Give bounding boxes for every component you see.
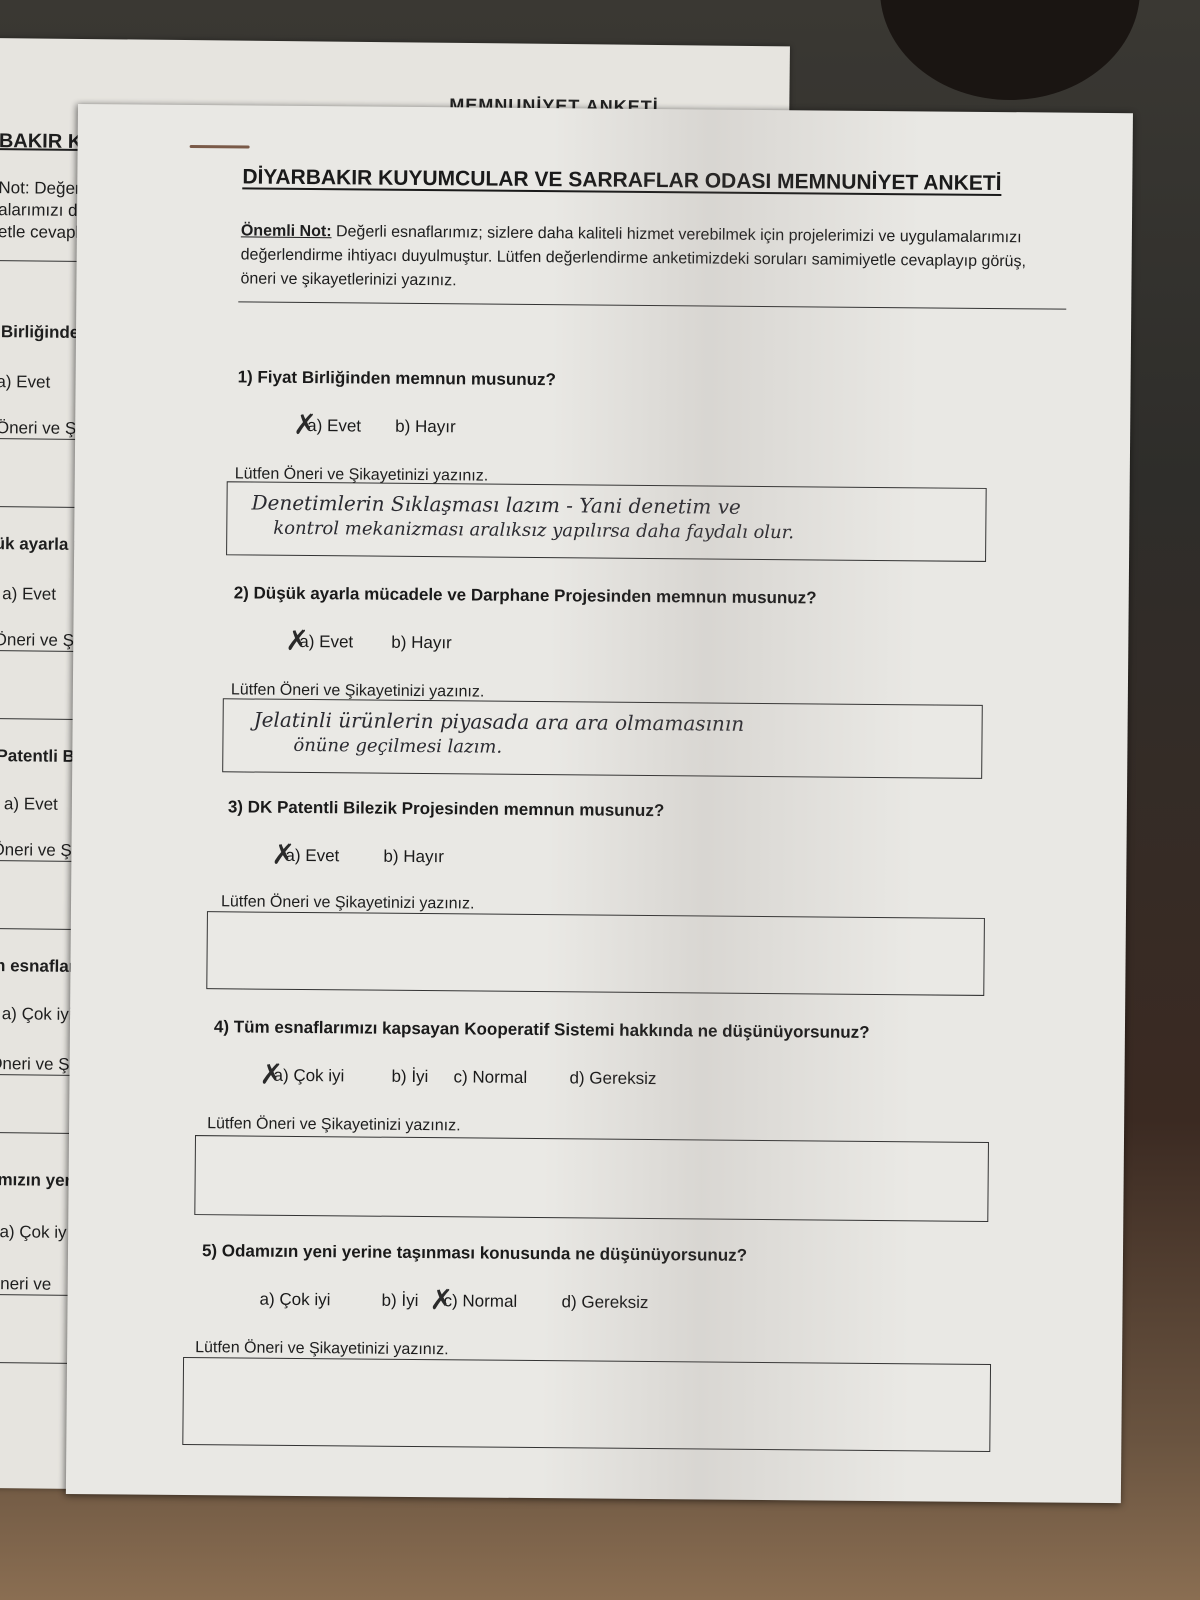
q4-option-d[interactable]: d) Gereksiz xyxy=(569,1068,656,1089)
question-4: 4) Tüm esnaflarımızı kapsayan Kooperatif… xyxy=(214,1017,870,1043)
q1-option-b[interactable]: b) Hayır xyxy=(395,417,456,438)
q5-option-d[interactable]: d) Gereksiz xyxy=(561,1292,648,1313)
back-fragment: a) Evet xyxy=(2,584,56,605)
q3-option-a-checked[interactable]: a) Evet xyxy=(285,846,339,866)
back-fragment: amızın yer xyxy=(0,1170,71,1191)
q5-answer-box[interactable] xyxy=(182,1357,991,1452)
back-fragment: Öneri ve xyxy=(0,1274,51,1295)
q4-prompt: Lütfen Öneri ve Şikayetinizi yazınız. xyxy=(207,1115,461,1135)
q4-option-c[interactable]: c) Normal xyxy=(453,1067,527,1088)
q2-answer-line: Jelatinli ürünlerin piyasada ara ara olm… xyxy=(254,708,745,736)
question-2: 2) Düşük ayarla mücadele ve Darphane Pro… xyxy=(234,583,817,608)
q1-option-a-checked[interactable]: a) Evet xyxy=(307,416,361,436)
q2-answer-box[interactable]: Jelatinli ürünlerin piyasada ara ara olm… xyxy=(222,698,983,779)
q4-option-a-checked[interactable]: a) Çok iyi xyxy=(273,1066,344,1087)
back-fragment: a) Çok iy xyxy=(0,1222,67,1243)
q3-prompt: Lütfen Öneri ve Şikayetinizi yazınız. xyxy=(221,893,475,913)
divider xyxy=(238,301,1066,309)
q2-option-a-checked[interactable]: a) Evet xyxy=(299,632,353,652)
q2-option-b[interactable]: b) Hayır xyxy=(391,633,452,654)
survey-title: DİYARBAKIR KUYUMCULAR VE SARRAFLAR ODASI… xyxy=(242,165,1001,196)
note-label: Önemli Not: xyxy=(241,222,332,240)
q1-answer-line: kontrol mekanizması aralıksız yapılırsa … xyxy=(273,517,794,546)
q1-answer-line: Denetimlerin Sıklaşması lazım - Yani den… xyxy=(251,491,740,519)
important-note: Önemli Not: Değerli esnaflarımız; sizler… xyxy=(240,219,1041,298)
back-fragment: a) Çok iyi xyxy=(2,1004,73,1025)
q3-option-b[interactable]: b) Hayır xyxy=(383,847,444,868)
back-fragment: a) Evet xyxy=(0,372,50,393)
q5-option-a[interactable]: a) Çok iyi xyxy=(259,1290,330,1311)
q1-answer-box[interactable]: Denetimlerin Sıklaşması lazım - Yani den… xyxy=(226,481,987,562)
q5-option-b[interactable]: b) İyi xyxy=(381,1291,418,1311)
q5-option-c-checked[interactable]: c) Normal xyxy=(443,1291,517,1312)
q4-answer-box[interactable] xyxy=(194,1135,989,1222)
back-fragment: a) Evet xyxy=(4,794,58,815)
question-5: 5) Odamızın yeni yerine taşınması konusu… xyxy=(202,1241,747,1266)
question-3: 3) DK Patentli Bilezik Projesinden memnu… xyxy=(228,797,665,821)
q5-prompt: Lütfen Öneri ve Şikayetinizi yazınız. xyxy=(195,1339,449,1359)
stain-mark xyxy=(190,145,250,149)
background-object xyxy=(880,0,1140,100)
survey-form-sheet: DİYARBAKIR KUYUMCULAR VE SARRAFLAR ODASI… xyxy=(66,104,1133,1503)
note-text: Değerli esnaflarımız; sizlere daha kalit… xyxy=(240,223,1026,289)
question-1: 1) Fiyat Birliğinden memnun musunuz? xyxy=(238,367,556,390)
q3-answer-box[interactable] xyxy=(206,911,985,996)
q4-option-b[interactable]: b) İyi xyxy=(391,1067,428,1087)
q2-answer-line: önüne geçilmesi lazım. xyxy=(293,734,502,760)
back-fragment: Öneri ve Ş xyxy=(0,1054,70,1075)
